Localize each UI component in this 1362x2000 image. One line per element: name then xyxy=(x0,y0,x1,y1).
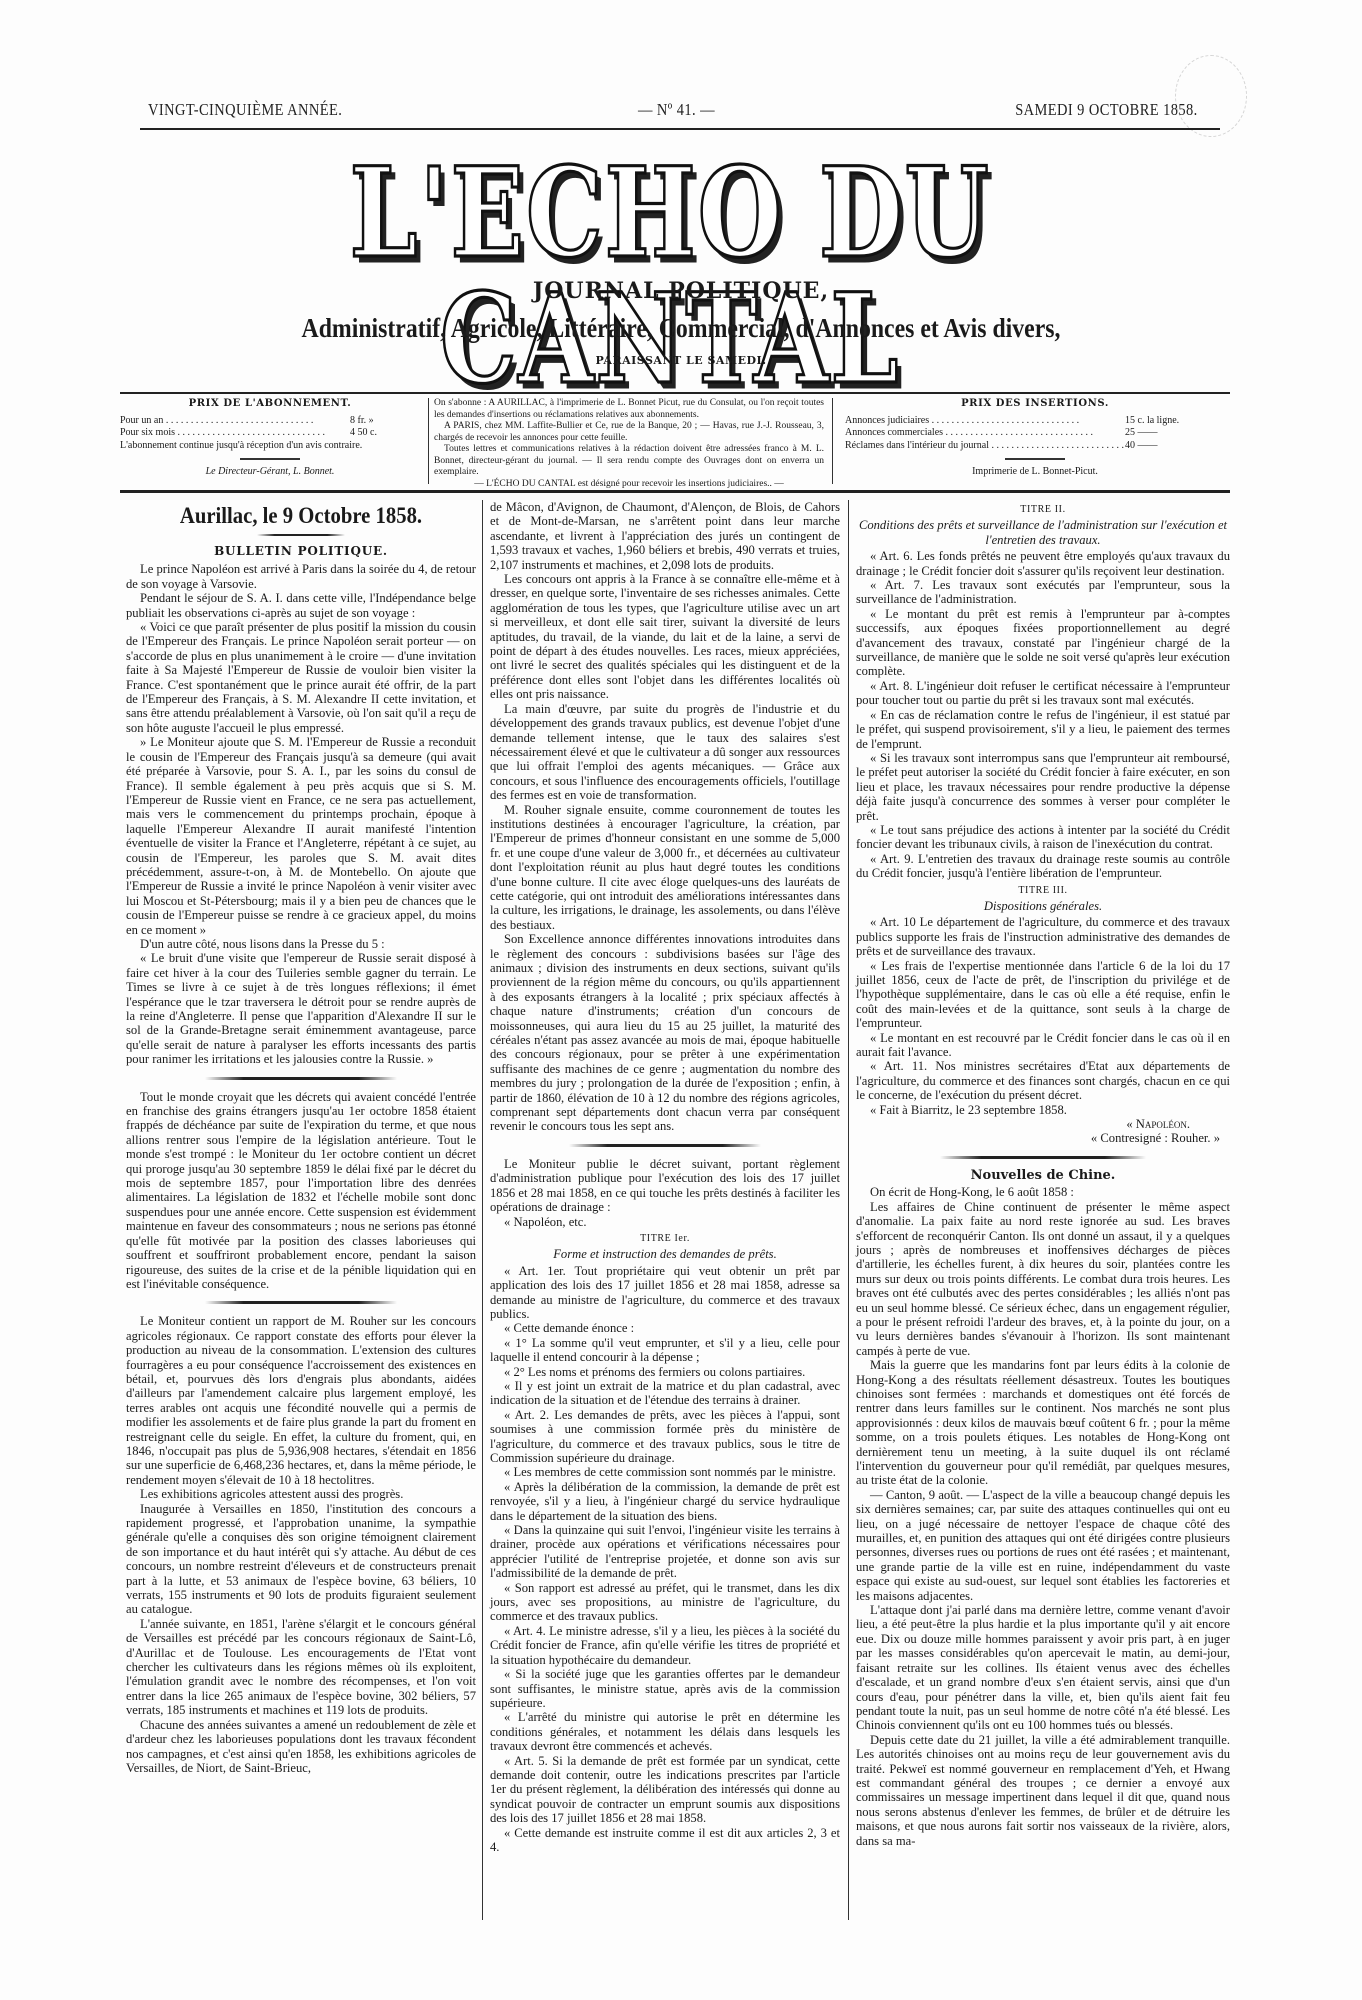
paragraph: L'attaque dont j'ai parlé dans ma derniè… xyxy=(856,1603,1230,1733)
insertion-prices: PRIX DES INSERTIONS. Annonces judiciaire… xyxy=(845,398,1225,484)
signature-rouher: « Contresigné : Rouher. » xyxy=(856,1131,1230,1145)
where-to-subscribe: On s'abonne : A AURILLAC, à l'imprimerie… xyxy=(434,398,824,484)
paragraph: « Le bruit d'une visite que l'empereur d… xyxy=(126,951,476,1066)
price-row: Pour six mois 4 50 c. xyxy=(120,427,420,440)
divider xyxy=(240,458,300,460)
year-label: VINGT-CINQUIÈME ANNÉE. xyxy=(148,100,342,120)
paragraph: « Les membres de cette commission sont n… xyxy=(490,1465,840,1479)
paragraph: « 1° La somme qu'il veut emprunter, et s… xyxy=(490,1336,840,1365)
paragraph: « Art. 8. L'ingénieur doit refuser le ce… xyxy=(856,679,1230,708)
price-row: Annonces judiciaires 15 c. la ligne. xyxy=(845,415,1225,428)
subscribe-line: A PARIS, chez MM. Laffite-Bullier et Ce,… xyxy=(434,421,824,444)
newspaper-page: VINGT-CINQUIÈME ANNÉE. — Nº 41. — SAMEDI… xyxy=(0,0,1362,2000)
paragraph: « Fait à Biarritz, le 23 septembre 1858. xyxy=(856,1103,1230,1117)
paragraph: « Le tout sans préjudice des actions à i… xyxy=(856,823,1230,852)
paragraph: M. Rouher signale ensuite, comme couronn… xyxy=(490,803,840,933)
paragraph: de Mâcon, d'Avignon, de Chaumont, d'Alen… xyxy=(490,500,840,572)
paragraph: « Le montant du prêt est remis à l'empru… xyxy=(856,607,1230,679)
issue-number: — Nº 41. — xyxy=(638,100,715,120)
paragraph: « L'arrêté du ministre qui autorise le p… xyxy=(490,1710,840,1753)
paragraph: Tout le monde croyait que les décrets qu… xyxy=(126,1090,476,1292)
titre-subheading: Forme et instruction des demandes de prê… xyxy=(490,1247,840,1261)
paragraph: « Art. 6. Les fonds prêtés ne peuvent êt… xyxy=(856,549,1230,578)
paragraph: « Art. 10 Le département de l'agricultur… xyxy=(856,915,1230,958)
column-divider xyxy=(848,500,849,1920)
paragraph: — Canton, 9 août. — L'aspect de la ville… xyxy=(856,1488,1230,1603)
paragraph: « Art. 5. Si la demande de prêt est form… xyxy=(490,1754,840,1826)
paragraph: « Art. 7. Les travaux sont exécutés par … xyxy=(856,578,1230,607)
paragraph: Son Excellence annonce différentes innov… xyxy=(490,932,840,1134)
paragraph: « En cas de réclamation contre le refus … xyxy=(856,708,1230,751)
price-row: Pour un an 8 fr. » xyxy=(120,415,420,428)
paragraph: « Cette demande est instruite comme il e… xyxy=(490,1826,840,1855)
titre-heading: TITRE III. xyxy=(856,884,1230,898)
library-stamp xyxy=(1175,55,1247,137)
section-title: Nouvelles de Chine. xyxy=(856,1169,1230,1183)
paragraph: « Dans la quinzaine qui suit l'envoi, l'… xyxy=(490,1523,840,1581)
price-row: Réclames dans l'intérieur du journal 40 … xyxy=(845,440,1225,453)
issue-info-line: VINGT-CINQUIÈME ANNÉE. — Nº 41. — SAMEDI… xyxy=(148,100,1198,124)
divider xyxy=(205,1077,398,1080)
paragraph: « Après la délibération de la commission… xyxy=(490,1480,840,1523)
paragraph: « Art. 1er. Tout propriétaire qui veut o… xyxy=(490,1264,840,1322)
divider xyxy=(569,1144,762,1147)
titre-heading: TITRE II. xyxy=(856,503,1230,517)
director-signature: Le Directeur-Gérant, L. Bonnet. xyxy=(120,466,420,479)
signature-napoleon: « Napoléon. xyxy=(856,1117,1230,1131)
newspaper-subtitle: JOURNAL POLITIQUE, xyxy=(0,278,1362,304)
paragraph: On écrit de Hong-Kong, le 6 août 1858 : xyxy=(856,1185,1230,1199)
paragraph: Le prince Napoléon est arrivé à Paris da… xyxy=(126,562,476,591)
titre-heading: TITRE Ier. xyxy=(490,1232,840,1246)
paragraph: « Voici ce que paraît présenter de plus … xyxy=(126,620,476,735)
paragraph: « Son rapport est adressé au préfet, qui… xyxy=(490,1581,840,1624)
newspaper-tagline: Administratif, Agricole, Littéraire, Com… xyxy=(82,313,1281,344)
column-divider xyxy=(428,398,429,484)
paragraph: « Les frais de l'expertise mentionnée da… xyxy=(856,959,1230,1031)
paragraph: Les affaires de Chine continuent de prés… xyxy=(856,1200,1230,1358)
printer-credit: Imprimerie de L. Bonnet-Picut. xyxy=(845,466,1225,479)
divider xyxy=(1005,458,1065,460)
paragraph: « Art. 11. Nos ministres secrétaires d'E… xyxy=(856,1059,1230,1102)
insertions-title: PRIX DES INSERTIONS. xyxy=(845,398,1225,411)
column-2: de Mâcon, d'Avignon, de Chaumont, d'Alen… xyxy=(490,500,840,1854)
paragraph: L'année suivante, en 1851, l'arène s'éla… xyxy=(126,1617,476,1718)
subscribe-line: Toutes lettres et communications relativ… xyxy=(434,444,824,479)
section-title: BULLETIN POLITIQUE. xyxy=(126,544,476,558)
paragraph: Le Moniteur publie le décret suivant, po… xyxy=(490,1157,840,1215)
paragraph: « Art. 9. L'entretien des travaux du dra… xyxy=(856,852,1230,881)
paragraph: » Le Moniteur ajoute que S. M. l'Empereu… xyxy=(126,735,476,937)
subscribe-line: — L'ÉCHO DU CANTAL est désigné pour rece… xyxy=(434,479,824,491)
paragraph: Pendant le séjour de S. A. I. dans cette… xyxy=(126,591,476,620)
paragraph: « Il y est joint un extrait de la matric… xyxy=(490,1379,840,1408)
paragraph: D'un autre côté, nous lisons dans la Pre… xyxy=(126,937,476,951)
paragraph: Les exhibitions agricoles attestent auss… xyxy=(126,1487,476,1501)
paragraph: Inaugurée à Versailles en 1850, l'instit… xyxy=(126,1502,476,1617)
subscription-title: PRIX DE L'ABONNEMENT. xyxy=(120,398,420,411)
titre-subheading: Dispositions générales. xyxy=(856,899,1230,913)
header-rule xyxy=(140,128,1220,130)
publication-frequency: PARAISSANT LE SAMEDI. xyxy=(0,354,1362,367)
paragraph: « Art. 4. Le ministre adresse, s'il y a … xyxy=(490,1624,840,1667)
titre-subheading: Conditions des prêts et surveillance de … xyxy=(856,518,1230,547)
paragraph: « Si la société juge que les garanties o… xyxy=(490,1667,840,1710)
column-divider xyxy=(482,500,483,1920)
paragraph: « Cette demande énonce : xyxy=(490,1321,840,1335)
paragraph: Les concours ont appris à la France à se… xyxy=(490,572,840,702)
column-1: Aurillac, le 9 Octobre 1858. BULLETIN PO… xyxy=(126,500,476,1775)
paragraph: « Napoléon, etc. xyxy=(490,1215,840,1229)
divider xyxy=(940,1156,1146,1159)
divider xyxy=(257,534,345,536)
paragraph: « Art. 2. Les demandes de prêts, avec le… xyxy=(490,1408,840,1466)
info-bottom-rule xyxy=(120,490,1230,493)
subscription-note: L'abonnement continue jusqu'à réception … xyxy=(120,440,420,453)
subscription-prices: PRIX DE L'ABONNEMENT. Pour un an 8 fr. »… xyxy=(120,398,420,484)
column-3: TITRE II. Conditions des prêts et survei… xyxy=(856,500,1230,1848)
paragraph: Mais la guerre que les mandarins font pa… xyxy=(856,1358,1230,1488)
paragraph: « 2° Les noms et prénoms des fermiers ou… xyxy=(490,1365,840,1379)
paragraph: Le Moniteur contient un rapport de M. Ro… xyxy=(126,1314,476,1487)
column-divider xyxy=(832,398,833,484)
paragraph: « Le montant en est recouvré par le Créd… xyxy=(856,1031,1230,1060)
paragraph: « Si les travaux sont interrompus sans q… xyxy=(856,751,1230,823)
paragraph: Chacune des années suivantes a amené un … xyxy=(126,1718,476,1776)
subscribe-line: On s'abonne : A AURILLAC, à l'imprimerie… xyxy=(434,398,824,421)
price-row: Annonces commerciales 25 —— xyxy=(845,427,1225,440)
paragraph: La main d'œuvre, par suite du progrès de… xyxy=(490,702,840,803)
article-dateline: Aurillac, le 9 Octobre 1858. xyxy=(144,502,459,530)
issue-date: SAMEDI 9 OCTOBRE 1858. xyxy=(1016,100,1198,120)
info-top-rule xyxy=(120,392,1230,394)
paragraph: Depuis cette date du 21 juillet, la vill… xyxy=(856,1733,1230,1848)
divider xyxy=(205,1301,398,1304)
